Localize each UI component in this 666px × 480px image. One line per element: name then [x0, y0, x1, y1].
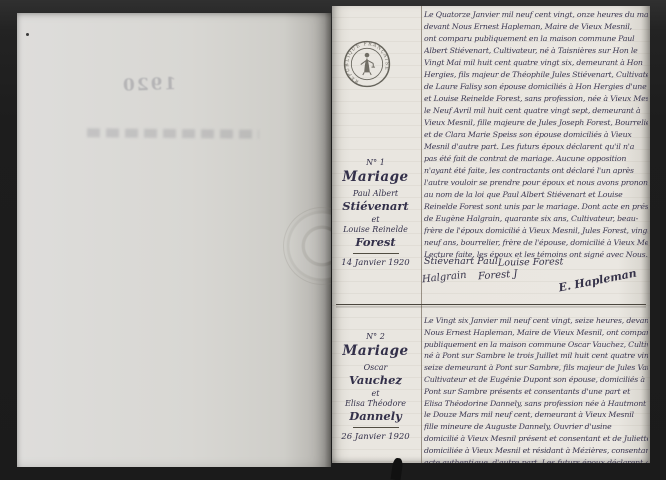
- groom-given-names: Oscar: [332, 363, 419, 372]
- act-number: N° 1: [332, 158, 419, 167]
- signature-officiant: E. Hapleman: [557, 267, 637, 295]
- signature-witness-2: Forest J: [478, 269, 518, 283]
- note-rule: [353, 427, 399, 428]
- handwritten-line: le Neuf Avril mil huit cent quatre vingt…: [424, 106, 648, 115]
- groom-given-names: Paul Albert: [332, 189, 419, 198]
- et-label: et: [332, 389, 419, 398]
- handwritten-line: Hergies, fils majeur de Théophile Jules …: [424, 70, 648, 79]
- handwritten-line: et de Clara Marie Speiss son épouse domi…: [424, 130, 648, 139]
- marianne-figure-icon: [361, 53, 375, 75]
- bleedthrough-smudge: [87, 128, 259, 139]
- handwritten-line: Reinelde Forest sont unis par le mariage…: [424, 202, 648, 211]
- act-type-label: Mariage: [332, 343, 419, 359]
- signature-groom: Stiévenart Paul: [424, 256, 498, 267]
- handwritten-line: acte authentique, d'autre part. Les futu…: [424, 458, 648, 463]
- handwritten-line: domicilié à Vieux Mesnil présent et cons…: [424, 434, 648, 443]
- handwritten-line: Vieux Mesnil, fille majeure de Jules Jos…: [424, 118, 648, 127]
- note-rule: [353, 253, 399, 254]
- handwritten-line: fille mineure de Auguste Dannely, Ouvrie…: [424, 422, 648, 431]
- handwritten-line: né à Pont sur Sambre le trois Juillet mi…: [424, 351, 648, 360]
- bride-surname: Dannely: [332, 409, 419, 423]
- groom-surname: Vauchez: [332, 373, 419, 387]
- handwritten-line: n'ayant été faite, les contractants ont …: [424, 166, 648, 175]
- act-number: N° 2: [332, 332, 419, 341]
- left-page: 1920: [17, 13, 331, 467]
- act-date: 26 Janvier 1920: [332, 432, 419, 442]
- handwritten-line: Pont sur Sambre présents et consentants …: [424, 387, 648, 396]
- act-type-label: Mariage: [332, 169, 419, 185]
- handwritten-line: pas été fait de contrat de mariage. Aucu…: [424, 154, 648, 163]
- ink-speck: [26, 33, 29, 36]
- handwritten-line: publiquement en la maison commune Oscar …: [424, 340, 648, 349]
- handwritten-line: Elisa Théodorine Dannely, sans professio…: [424, 399, 648, 408]
- handwritten-line: ont comparu publiquement en la maison co…: [424, 34, 648, 43]
- republique-francaise-stamp-icon: RÉPUBLIQUE FRANÇAISE: [343, 40, 391, 88]
- handwritten-line: Cultivateur et de Eugénie Dupont son épo…: [424, 375, 648, 384]
- handwritten-line: neuf ans, bourrelier, frère de l'épouse,…: [424, 238, 648, 247]
- right-page: RÉPUBLIQUE FRANÇAISE N° 1 Mariage Paul A…: [332, 6, 650, 463]
- margin-divider-line: [421, 6, 422, 463]
- handwritten-line: le Douze Mars mil neuf cent, demeurant à…: [424, 410, 648, 419]
- handwritten-line: et Louise Reinelde Forest, sans professi…: [424, 94, 648, 103]
- handwritten-line: frère de l'époux domicilié à Vieux Mesni…: [424, 226, 648, 235]
- bleedthrough-year: 1920: [121, 74, 177, 96]
- bride-given-names: Louise Reinelde: [332, 225, 419, 234]
- act-date: 14 Janvier 1920: [332, 258, 419, 268]
- handwritten-line: de Laure Falisy son épouse domiciliés à …: [424, 82, 648, 91]
- handwritten-line: Vingt Mai mil huit cent quatre vingt six…: [424, 58, 648, 67]
- bride-given-names: Elisa Théodore: [332, 399, 419, 408]
- margin-note-act-2: N° 2 Mariage Oscar Vauchez et Elisa Théo…: [332, 332, 419, 442]
- signature-witness-1: Halgrain: [422, 270, 468, 286]
- handwritten-line: l'autre vouloir se prendre pour époux et…: [424, 178, 648, 187]
- signature-bride: Louise Forest: [498, 256, 564, 268]
- embossed-seal: [283, 207, 331, 285]
- acts-body: Le Quatorze Janvier mil neuf cent vingt,…: [424, 6, 648, 463]
- acts-separator-rule: [336, 304, 646, 305]
- handwritten-line: de Eugène Halgrain, quarante six ans, Cu…: [424, 214, 648, 223]
- handwritten-line: Mesnil d'autre part. Les futurs époux dé…: [424, 142, 648, 151]
- groom-surname: Stiévenart: [332, 199, 419, 213]
- handwritten-line: Nous Ernest Hapleman, Maire de Vieux Mes…: [424, 328, 648, 337]
- handwritten-line: Albert Stiévenart, Cultivateur, né à Tai…: [424, 46, 648, 55]
- handwritten-line: au nom de la loi que Paul Albert Stiéven…: [424, 190, 648, 199]
- handwritten-line: devant Nous Ernest Hapleman, Maire de Vi…: [424, 22, 648, 31]
- handwritten-line: Le Vingt six Janvier mil neuf cent vingt…: [424, 316, 648, 325]
- margin-note-act-1: N° 1 Mariage Paul Albert Stiévenart et L…: [332, 158, 419, 268]
- bride-surname: Forest: [332, 235, 419, 249]
- registry-scan: 1920 RÉPUBLIQUE FRANÇAISE: [0, 0, 666, 480]
- handwritten-line: domiciliée à Vieux Mesnil et résidant à …: [424, 446, 648, 455]
- et-label: et: [332, 215, 419, 224]
- handwritten-line: Le Quatorze Janvier mil neuf cent vingt,…: [424, 10, 648, 19]
- handwritten-line: seize demeurant à Pont sur Sambre, fils …: [424, 363, 648, 372]
